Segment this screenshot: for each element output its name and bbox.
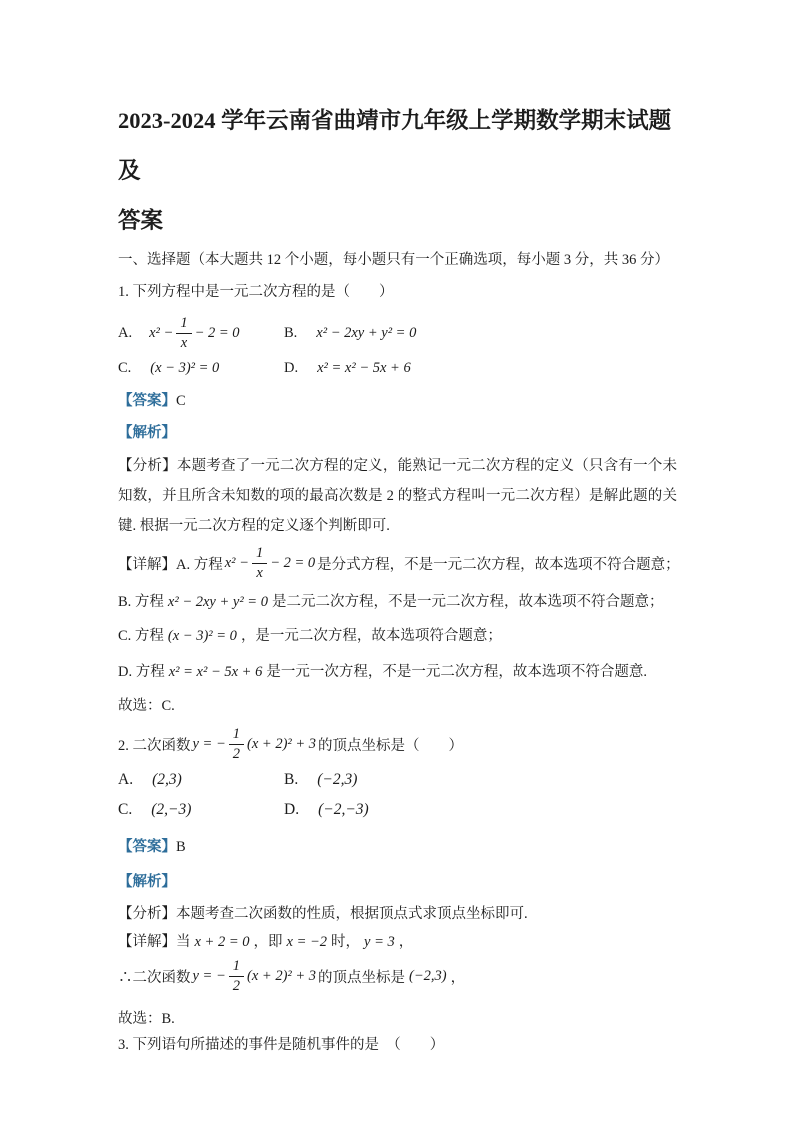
q1-detail-option-d: D. 方程x² = x² − 5x + 6是一元一次方程，不是一元二次方程，故本… <box>118 662 677 682</box>
q2-detail-formula-1: x + 2 = 0 <box>195 934 250 950</box>
q2-option-a-label: A. <box>118 771 133 789</box>
q1-analysis-paragraph: 【分析】本题考查了一元二次方程的定义，能熟记一元二次方程的定义（只含有一个未知数… <box>118 451 677 541</box>
answer-tag: 【答案】 <box>118 393 176 409</box>
q1-stem: 1. 下列方程中是一元二次方程的是（ ） <box>118 282 677 302</box>
q1-option-c-label: C. <box>118 360 131 377</box>
q2-option-c: C. (2,−3) <box>118 801 284 819</box>
page-title-line-2: 答案 <box>118 196 677 246</box>
q2-stem: 2. 二次函数y = −12(x + 2)² + 3的顶点坐标是（ ） <box>118 726 677 763</box>
q1-conclusion: 故选：C. <box>118 696 677 716</box>
q2-detail-line-2: ∴二次函数y = −12(x + 2)² + 3的顶点坐标是(−2,3)， <box>118 958 677 995</box>
q1-option-b-label: B. <box>284 325 297 342</box>
answer-tag: 【答案】 <box>118 839 176 855</box>
analysis-tag: 【解析】 <box>118 874 176 890</box>
fraction: 12 <box>229 726 244 763</box>
q1-option-d-label: D. <box>284 360 298 377</box>
q2-options: A. (2,3) B. (−2,3) C. (2,−3) D. (−2,−3) <box>118 771 677 819</box>
q1-option-b: B. x² − 2xy + y² = 0 <box>284 315 420 352</box>
q1-options: A. x² −1x− 2 = 0 B. x² − 2xy + y² = 0 C.… <box>118 315 677 377</box>
q1-answer-value: C <box>176 393 186 409</box>
q2-analysis-paragraph: 【分析】本题考查二次函数的性质，根据顶点式求顶点坐标即可. <box>118 904 677 924</box>
q1-option-b-formula: x² − 2xy + y² = 0 <box>316 325 416 342</box>
document-content: 2023-2024 学年云南省曲靖市九年级上学期数学期末试题及 答案 一、选择题… <box>0 0 793 1055</box>
fraction: 1x <box>252 545 267 582</box>
q2-option-d-label: D. <box>284 801 299 819</box>
q2-option-b: B. (−2,3) <box>284 771 373 789</box>
q2-option-c-label: C. <box>118 801 132 819</box>
q1-option-a: A. x² −1x− 2 = 0 <box>118 315 284 352</box>
q2-option-d-value: (−2,−3) <box>318 801 369 819</box>
q1-option-d: D. x² = x² − 5x + 6 <box>284 360 420 377</box>
q1-detail-c-formula: (x − 3)² = 0 <box>168 628 237 644</box>
q2-option-d: D. (−2,−3) <box>284 801 373 819</box>
fraction: 1x <box>176 315 191 352</box>
q2-detail-vertex-point: (−2,3) <box>409 968 447 985</box>
q1-detail-a-formula: x² −1x− 2 = 0 <box>225 545 315 582</box>
fraction: 12 <box>229 958 244 995</box>
q2-detail-line-1: 【详解】当x + 2 = 0，即x = −2时，y = 3， <box>118 932 677 952</box>
q1-analysis-tag-line: 【解析】 <box>118 423 677 443</box>
q1-option-d-formula: x² = x² − 5x + 6 <box>317 360 411 377</box>
q2-option-a-value: (2,3) <box>152 771 182 789</box>
q1-option-c-formula: (x − 3)² = 0 <box>150 360 219 377</box>
q2-conclusion: 故选：B. <box>118 1009 677 1029</box>
q1-detail-d-formula: x² = x² − 5x + 6 <box>169 664 263 680</box>
q1-detail-option-c: C. 方程(x − 3)² = 0，是一元二次方程，故本选项符合题意； <box>118 626 677 646</box>
q1-option-a-formula: x² −1x− 2 = 0 <box>149 315 239 352</box>
q1-option-c: C. (x − 3)² = 0 <box>118 360 284 377</box>
q2-analysis-tag-line: 【解析】 <box>118 872 677 892</box>
q2-detail-vertex-formula: y = −12(x + 2)² + 3 <box>193 958 317 995</box>
q2-option-a: A. (2,3) <box>118 771 284 789</box>
q2-detail-formula-2: x = −2 <box>287 934 328 950</box>
exam-document-page: 2023-2024 学年云南省曲靖市九年级上学期数学期末试题及 答案 一、选择题… <box>0 0 793 1122</box>
q2-option-b-value: (−2,3) <box>317 771 357 789</box>
q3-stem: 3. 下列语句所描述的事件是随机事件的是 （ ） <box>118 1035 677 1055</box>
q1-option-a-label: A. <box>118 325 132 342</box>
q2-option-c-value: (2,−3) <box>151 801 191 819</box>
q2-detail-formula-3: y = 3 <box>364 934 395 950</box>
q2-option-b-label: B. <box>284 771 298 789</box>
page-title-line-1: 2023-2024 学年云南省曲靖市九年级上学期数学期末试题及 <box>118 96 677 196</box>
page-title: 2023-2024 学年云南省曲靖市九年级上学期数学期末试题及 答案 <box>118 96 677 246</box>
q1-detail-option-b: B. 方程x² − 2xy + y² = 0是二元二次方程，不是一元二次方程，故… <box>118 592 677 612</box>
q2-answer-value: B <box>176 839 186 855</box>
analysis-tag: 【解析】 <box>118 425 176 441</box>
q1-answer-line: 【答案】C <box>118 391 677 411</box>
section-heading-choice-questions: 一、选择题（本大题共 12 个小题，每小题只有一个正确选项，每小题 3 分，共 … <box>118 250 677 270</box>
q2-answer-line: 【答案】B <box>118 837 677 857</box>
q1-detail-b-formula: x² − 2xy + y² = 0 <box>168 594 268 610</box>
q1-detail-option-a: 【详解】A. 方程x² −1x− 2 = 0是分式方程，不是一元二次方程，故本选… <box>118 545 677 582</box>
q2-stem-formula: y = −12(x + 2)² + 3 <box>193 726 317 763</box>
